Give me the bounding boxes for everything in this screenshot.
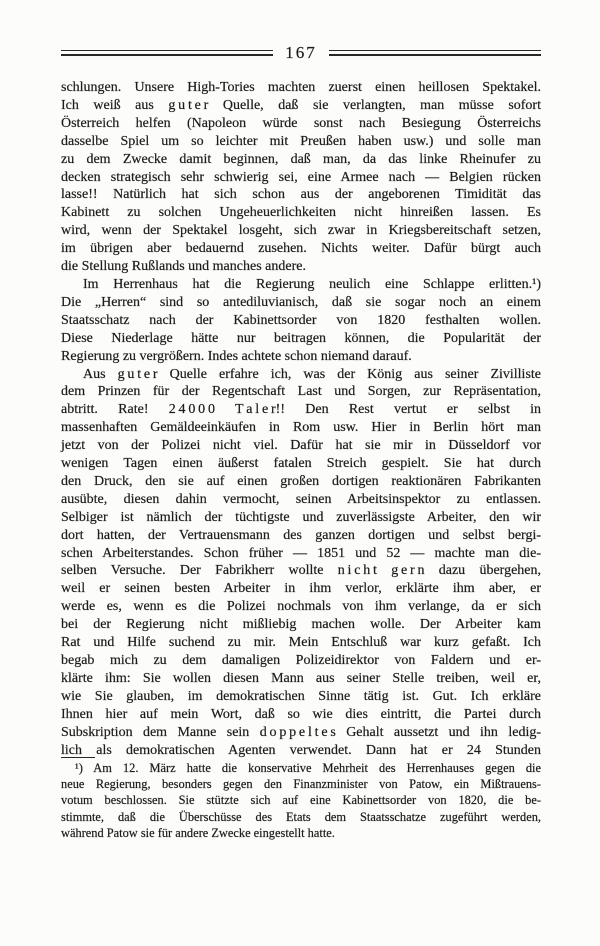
page-number: 167 xyxy=(284,44,318,61)
text-line: Im Herrenhaus hat die Regierung neulich … xyxy=(61,276,541,294)
header-rule-left xyxy=(61,50,273,56)
text-line: dort hatten, der Vertrauensmann des ganz… xyxy=(61,527,541,545)
text-line: wie Sie glauben, im demokratischen Sinne… xyxy=(61,688,541,706)
text-line: Ihnen hier auf mein Wort, daß so wie die… xyxy=(61,706,541,724)
text-line: Ich weiß aus g u t e r Quelle, daß sie v… xyxy=(61,97,541,115)
text-line: decken strategisch sehr schwierig sei, e… xyxy=(61,169,541,187)
text-line: weil er seinen besten Arbeiter in ihm ve… xyxy=(61,580,541,598)
text-line: selben Versuche. Der Fabrikherr wollte n… xyxy=(61,562,541,580)
header-rule-right xyxy=(329,50,541,56)
text-line: abtritt. Rate! 2 4 0 0 0 T a l e r!! Den… xyxy=(61,401,541,419)
text-line: die Stellung Rußlands und manches andere… xyxy=(61,258,541,276)
text-line: zu dem Zwecke damit beginnen, daß man, d… xyxy=(61,151,541,169)
footnote-block: ¹) Am 12. März hatte die konservative Me… xyxy=(61,760,541,841)
text-line: lasse!! Natürlich hat sich schon aus der… xyxy=(61,186,541,204)
text-line: wenigen Tagen einen äußerst fatalen Stre… xyxy=(61,455,541,473)
text-line: Die „Herren“ sind so antediluvianisch, d… xyxy=(61,294,541,312)
main-text-block: schlungen. Unsere High-Tories machten zu… xyxy=(61,79,541,759)
footnote-separator-rule xyxy=(61,757,95,758)
text-line: während Patow sie für andere Zwecke eing… xyxy=(61,825,541,841)
text-line: neue Regierung, besonders gegen den Fina… xyxy=(61,776,541,792)
text-line: wird, wenn der Spektakel losgeht, sich z… xyxy=(61,222,541,240)
text-line: massenhaften Gemäldeeinkäufen in Rom usw… xyxy=(61,419,541,437)
text-line: stimmte, daß die Überschüsse des Etats d… xyxy=(61,809,541,825)
text-line: Aus g u t e r Quelle erfahre ich, was de… xyxy=(61,366,541,384)
text-line: klärte ihm: Sie wollen diesen Mann aus s… xyxy=(61,670,541,688)
text-line: den Druck, den sie auf einen großen dort… xyxy=(61,473,541,491)
text-line: ¹) Am 12. März hatte die konservative Me… xyxy=(61,760,541,776)
text-line: votum beschlossen. Sie stützte sich auf … xyxy=(61,792,541,808)
book-page: 167 schlungen. Unsere High-Tories machte… xyxy=(0,0,600,946)
text-line: werde es, wenn es die Polizei nochmals v… xyxy=(61,598,541,616)
text-line: dem Prinzen für der Regentschaft Last un… xyxy=(61,383,541,401)
running-head: 167 xyxy=(61,44,541,61)
text-line: schlungen. Unsere High-Tories machten zu… xyxy=(61,79,541,97)
text-line: jetzt von der Polizei nicht viel. Dafür … xyxy=(61,437,541,455)
text-line: Staatsschatz nach der Kabinettsorder von… xyxy=(61,312,541,330)
text-line: begab mich zu dem damaligen Polizeidirek… xyxy=(61,652,541,670)
text-line: bei der Regierung nicht mißliebig machen… xyxy=(61,616,541,634)
text-line: dasselbe Spiel um so leichter mit Preuße… xyxy=(61,133,541,151)
text-line: Regierung zu vergrößern. Indes achtete s… xyxy=(61,348,541,366)
text-line: ausübte, diesen dahin vermocht, seinen A… xyxy=(61,491,541,509)
text-line: Subskription dem Manne sein d o p p e l … xyxy=(61,724,541,742)
text-line: im übrigen aber bedauernd zusehen. Nicht… xyxy=(61,240,541,258)
text-line: Diese Niederlage hätte nur beitragen kön… xyxy=(61,330,541,348)
text-line: Rat und Hilfe suchend zu mir. Mein Entsc… xyxy=(61,634,541,652)
text-line: Kabinett zu solchen Ungeheuerlichkeiten … xyxy=(61,204,541,222)
text-line: Selbiger ist nämlich der tüchtigste und … xyxy=(61,509,541,527)
text-line: lich als demokratischen Agenten verwende… xyxy=(61,742,541,760)
text-line: Österreich helfen (Napoleon würde sonst … xyxy=(61,115,541,133)
text-line: schen Arbeiterstandes. Schon früher — 18… xyxy=(61,545,541,563)
